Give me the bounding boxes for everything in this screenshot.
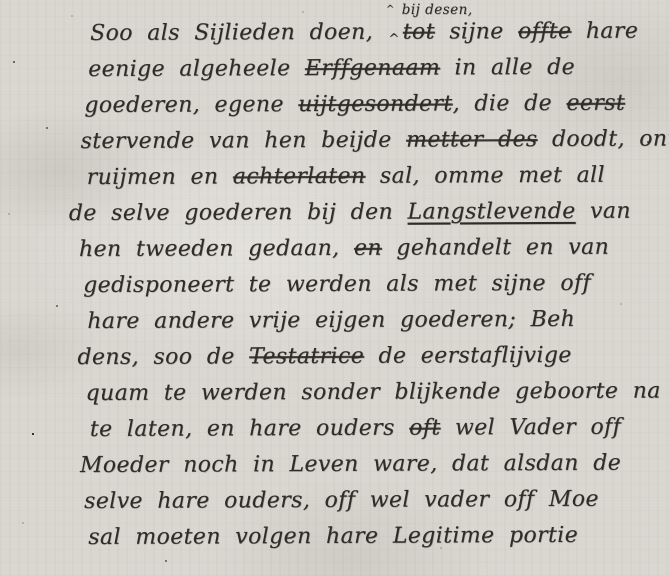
strike-text: Erffgenaam	[305, 55, 440, 81]
manuscript-line: hen tweeden gedaan, en gehandelt en van	[79, 229, 669, 268]
word-segment: goederen, egene	[84, 92, 298, 118]
word-segment: , die de	[453, 91, 567, 116]
manuscript-line: stervende van hen beijde metter des dood…	[80, 121, 669, 160]
strike-text: en	[354, 236, 382, 261]
manuscript-line: te laten, en hare ouders oft wel Vader o…	[90, 409, 669, 448]
strike-text: achterlaten	[233, 164, 366, 190]
manuscript-line: hare andere vrije eijgen goederen; Beh	[87, 301, 669, 340]
word-segment: selve hare ouders, off wel vader off Moe	[84, 487, 599, 514]
strike-text: oft	[409, 415, 441, 440]
word-segment: quam te werden sonder blijkende geboorte…	[86, 379, 661, 407]
strike-text: offte	[518, 19, 571, 44]
word-segment: de selve goederen bij den	[69, 200, 408, 226]
manuscript-line: quam te werden sonder blijkende geboorte…	[86, 373, 669, 412]
manuscript-line: eenige algeheele Erffgenaam in alle de	[88, 49, 669, 88]
manuscript-page: ^ bij desen, Soo als Sijlieden doen, ^to…	[0, 0, 669, 576]
word-segment: hen tweeden gedaan,	[79, 236, 354, 262]
word-segment: gehandelt en van	[382, 235, 609, 261]
manuscript-line: Moeder noch in Leven ware, dat alsdan de	[80, 445, 669, 484]
word-segment: eenige algeheele	[88, 56, 305, 82]
word-segment: ruijmen en	[87, 164, 233, 190]
word-segment: hare	[571, 19, 638, 44]
word-segment: doodt, ont	[537, 126, 669, 152]
word-segment: sal moeten volgen hare Legitime portie	[88, 523, 578, 550]
strike-text: Testatrice	[249, 344, 364, 370]
manuscript-line: selve hare ouders, off wel vader off Moe	[84, 481, 669, 520]
strike-text: eerst	[566, 91, 625, 116]
word-segment: Soo als Sijlieden doen,	[90, 20, 387, 46]
word-segment: stervende van hen beijde	[80, 128, 406, 154]
word-segment: sijne	[435, 19, 518, 44]
word-segment: te laten, en hare ouders	[90, 416, 409, 442]
word-segment: de eerstaflijvige	[364, 343, 572, 369]
word-segment: van	[576, 199, 631, 224]
manuscript-line: goederen, egene uijtgesondert, die de ee…	[84, 85, 669, 124]
word-segment: sal, omme met all	[365, 163, 605, 189]
manuscript-line: sal moeten volgen hare Legitime portie	[88, 517, 669, 556]
manuscript-line: de selve goederen bij den Langstlevende …	[69, 193, 669, 232]
manuscript-text: Soo als Sijlieden doen, ^tot sijne offte…	[90, 13, 669, 556]
manuscript-line: ruijmen en achterlaten sal, omme met all	[87, 157, 669, 196]
word-segment: Moeder noch in Leven ware, dat alsdan de	[80, 451, 621, 478]
word-segment: gedisponeert te werden als met sijne off	[83, 271, 591, 298]
manuscript-line: Soo als Sijlieden doen, ^tot sijne offte…	[90, 13, 669, 52]
strike-text: uijtgesondert	[298, 91, 452, 117]
insertion-caret-icon: ^	[386, 4, 395, 15]
underline-text: Langstlevende	[407, 199, 575, 225]
interlinear-insertion: ^ bij desen,	[386, 2, 473, 18]
word-segment: in alle de	[440, 55, 575, 81]
word-segment: dens, soo de	[77, 344, 249, 370]
caret-text: ^	[388, 32, 399, 47]
word-segment: hare andere vrije eijgen goederen; Beh	[87, 307, 575, 334]
manuscript-line: dens, soo de Testatrice de eerstaflijvig…	[77, 337, 669, 376]
manuscript-line: gedisponeert te werden als met sijne off	[83, 265, 669, 304]
word-segment: wel Vader off	[441, 415, 622, 441]
insertion-text: bij desen,	[402, 2, 473, 18]
strike-text: metter des	[406, 127, 538, 153]
strike-text: tot	[403, 19, 435, 44]
